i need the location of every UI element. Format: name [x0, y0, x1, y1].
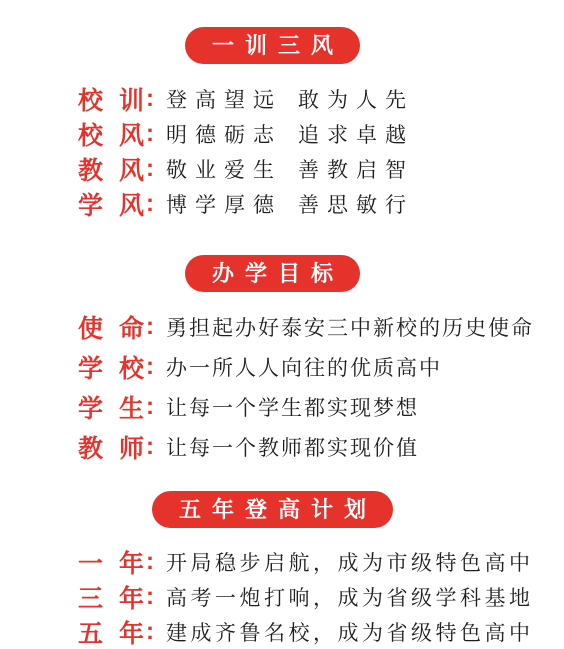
row-label: 学生 [78, 389, 144, 425]
goal-row: 使命 : 勇担起办好泰安三中新校的历史使命 [0, 307, 545, 347]
row-label: 学风 [78, 186, 144, 222]
row-label: 学校 [78, 349, 144, 385]
section-school-goals: 办学目标 使命 : 勇担起办好泰安三中新校的历史使命 学校 : 办一所人人向往的… [0, 255, 545, 467]
motto-row: 学风 : 博学厚德善思敏行 [0, 186, 545, 221]
section-rows: 校训 : 登高望远敢为人先 校风 : 明德砺志追求卓越 教风 : 敬业爱生善教启… [0, 81, 545, 221]
row-value: 开局稳步启航，成为市级特色高中 [166, 547, 534, 577]
section-rows: 使命 : 勇担起办好泰安三中新校的历史使命 学校 : 办一所人人向往的优质高中 … [0, 307, 545, 467]
row-label: 五年 [78, 614, 144, 649]
motto-row: 校训 : 登高望远敢为人先 [0, 81, 545, 116]
motto-row: 校风 : 明德砺志追求卓越 [0, 116, 545, 151]
row-colon: : [146, 393, 154, 421]
row-label: 教风 [78, 151, 144, 187]
section-badge: 五年登高计划 [152, 491, 393, 528]
row-colon: : [146, 583, 154, 611]
row-colon: : [146, 190, 154, 218]
poster-page: 一训三风 校训 : 登高望远敢为人先 校风 : 明德砺志追求卓越 教风 : 敬业… [0, 0, 564, 649]
row-colon: : [146, 120, 154, 148]
poster-content: 一训三风 校训 : 登高望远敢为人先 校风 : 明德砺志追求卓越 教风 : 敬业… [0, 27, 545, 649]
row-label: 教师 [78, 429, 144, 465]
section-badge: 办学目标 [185, 255, 360, 292]
row-label: 三年 [78, 579, 144, 615]
section-five-year-plan: 五年登高计划 一年 : 开局稳步启航，成为市级特色高中 三年 : 高考一炮打响，… [0, 491, 545, 649]
row-value: 让每一个教师都实现价值 [166, 432, 419, 462]
plan-row: 一年 : 开局稳步启航，成为市级特色高中 [0, 544, 545, 579]
goal-row: 学校 : 办一所人人向往的优质高中 [0, 347, 545, 387]
row-colon: : [146, 85, 154, 113]
row-value: 让每一个学生都实现梦想 [166, 392, 419, 422]
row-value: 高考一炮打响，成为省级学科基地 [166, 582, 534, 612]
row-colon: : [146, 548, 154, 576]
row-value: 敬业爱生善教启智 [166, 154, 414, 184]
section-badge: 一训三风 [185, 27, 360, 64]
row-label: 一年 [78, 544, 144, 580]
row-colon: : [146, 313, 154, 341]
section-rows: 一年 : 开局稳步启航，成为市级特色高中 三年 : 高考一炮打响，成为省级学科基… [0, 544, 545, 649]
plan-row: 三年 : 高考一炮打响，成为省级学科基地 [0, 579, 545, 614]
row-value: 勇担起办好泰安三中新校的历史使命 [166, 312, 534, 342]
row-value: 登高望远敢为人先 [166, 84, 414, 114]
row-label: 校风 [78, 116, 144, 152]
row-colon: : [146, 353, 154, 381]
section-motto-styles: 一训三风 校训 : 登高望远敢为人先 校风 : 明德砺志追求卓越 教风 : 敬业… [0, 27, 545, 221]
row-value: 建成齐鲁名校，成为省级特色高中 [166, 617, 534, 647]
row-colon: : [146, 618, 154, 646]
row-value: 明德砺志追求卓越 [166, 119, 414, 149]
row-label: 校训 [78, 81, 144, 117]
row-value: 办一所人人向往的优质高中 [166, 352, 442, 382]
motto-row: 教风 : 敬业爱生善教启智 [0, 151, 545, 186]
plan-row: 五年 : 建成齐鲁名校，成为省级特色高中 [0, 614, 545, 649]
row-value: 博学厚德善思敏行 [166, 189, 414, 219]
goal-row: 教师 : 让每一个教师都实现价值 [0, 427, 545, 467]
row-label: 使命 [78, 309, 144, 345]
row-colon: : [146, 433, 154, 461]
row-colon: : [146, 155, 154, 183]
goal-row: 学生 : 让每一个学生都实现梦想 [0, 387, 545, 427]
